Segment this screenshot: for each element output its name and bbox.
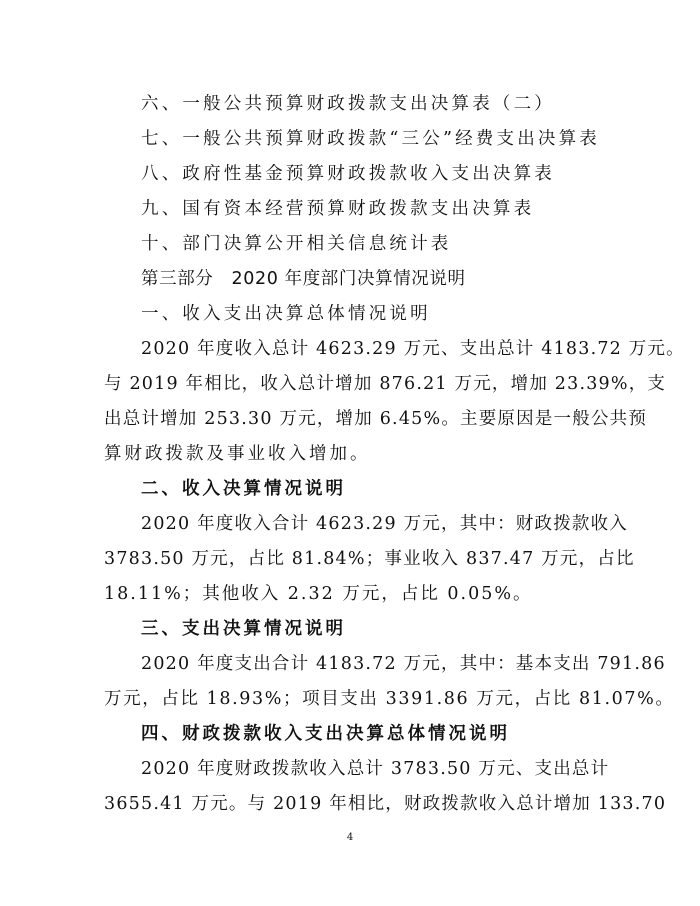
- section-2-line-2: 3783.50 万元，占比 81.84%；事业收入 837.47 万元，占比: [104, 547, 594, 571]
- section-3-heading: 三、支出决算情况说明: [141, 617, 631, 641]
- section-4-line-1: 2020 年度财政拨款收入总计 3783.50 万元、支出总计: [141, 757, 594, 781]
- section-2-heading: 二、收入决算情况说明: [141, 477, 631, 501]
- part-title: 第三部分 2020 年度部门决算情况说明: [141, 267, 631, 291]
- section-2-line-3: 18.11%；其他收入 2.32 万元，占比 0.05%。: [104, 582, 594, 606]
- toc-item-6: 六、一般公共预算财政拨款支出决算表（二）: [141, 92, 631, 116]
- section-1-line-1: 2020 年度收入总计 4623.29 万元、支出总计 4183.72 万元。: [141, 337, 594, 361]
- page-number: 4: [0, 832, 700, 844]
- section-4-line-2: 3655.41 万元。与 2019 年相比，财政拨款收入总计增加 133.70: [104, 792, 594, 816]
- section-3-line-2: 万元，占比 18.93%；项目支出 3391.86 万元，占比 81.07%。: [104, 687, 594, 711]
- section-1-line-3: 出总计增加 253.30 万元，增加 6.45%。主要原因是一般公共预: [104, 407, 594, 431]
- toc-item-7: 七、一般公共预算财政拨款“三公”经费支出决算表: [141, 127, 631, 151]
- section-3-line-1: 2020 年度支出合计 4183.72 万元，其中：基本支出 791.86: [141, 652, 594, 676]
- toc-item-8: 八、政府性基金预算财政拨款收入支出决算表: [141, 162, 631, 186]
- section-2-line-1: 2020 年度收入合计 4623.29 万元，其中：财政拨款收入: [141, 512, 594, 536]
- section-1-heading: 一、收入支出决算总体情况说明: [141, 302, 631, 326]
- section-1-line-4: 算财政拨款及事业收入增加。: [104, 442, 594, 466]
- toc-item-10: 十、部门决算公开相关信息统计表: [141, 232, 631, 256]
- section-4-heading: 四、财政拨款收入支出决算总体情况说明: [141, 722, 631, 746]
- section-1-line-2: 与 2019 年相比，收入总计增加 876.21 万元，增加 23.39%，支: [104, 372, 594, 396]
- toc-item-9: 九、国有资本经营预算财政拨款支出决算表: [141, 197, 631, 221]
- document-page: 六、一般公共预算财政拨款支出决算表（二） 七、一般公共预算财政拨款“三公”经费支…: [0, 0, 700, 906]
